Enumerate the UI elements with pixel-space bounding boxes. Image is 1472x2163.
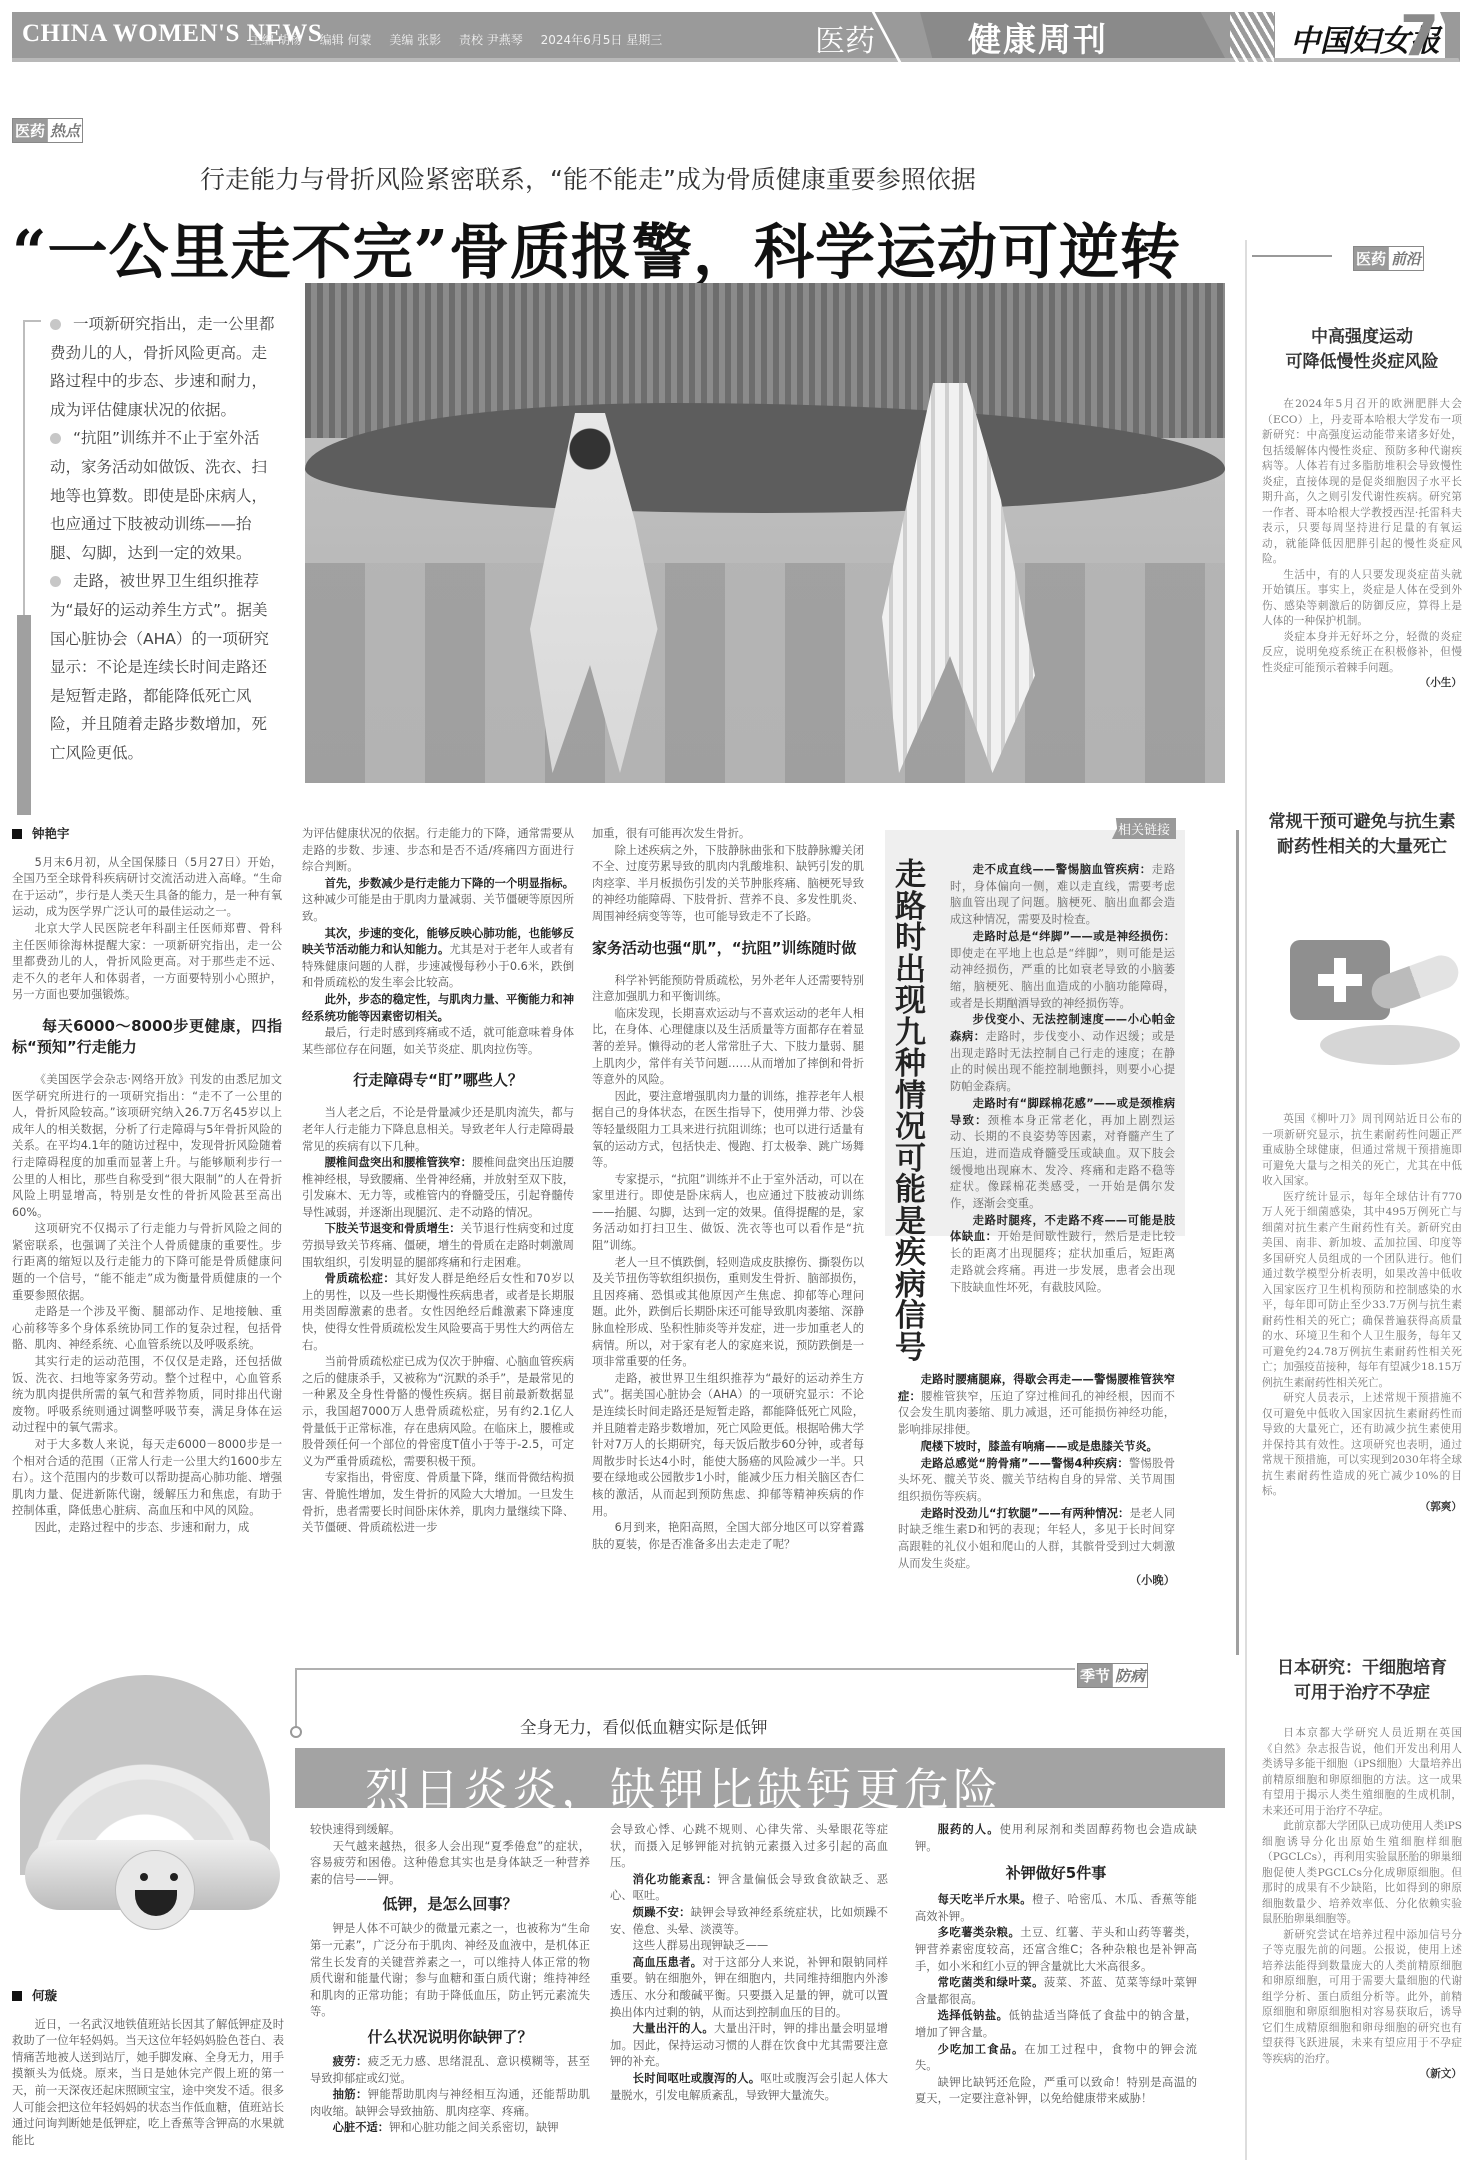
brief-article-2: 常规干预可避免与抗生素耐药性相关的大量死亡 (1262, 810, 1462, 860)
walking-illustration (305, 283, 1225, 783)
bullet-icon (50, 319, 61, 330)
lower-column-1: 较快速得到缓解。 天气越来越热，很多人会出现“夏季倦怠”的症状，容易疲劳和困倦。… (310, 1822, 590, 2137)
bullet-icon (50, 433, 61, 444)
right-tag-rule (1252, 255, 1332, 257)
related-link-items-lower: 走路时腰痛腿麻，得歇会再走——警惕腰椎管狭窄症：腰椎管狭窄，压迫了穿过椎间孔的神… (898, 1372, 1175, 1589)
brief-article-1: 中高强度运动可降低慢性炎症风险 在2024年5月召开的欧洲肥胖大会（ECO）上，… (1262, 325, 1462, 692)
main-headline: “一公里走不完”骨质报警，科学运动可逆转 (12, 205, 1181, 291)
issue-date: 2024年6月5日 星期三 (541, 33, 663, 47)
related-link-tag: 相关链接 (1112, 818, 1176, 839)
lower-column-2: 会导致心悸、心跳不规则、心律失常、头晕眼花等症状，而摄入足够钾能对抗钠元素摄入过… (610, 1822, 888, 2104)
credit-art-editor: 美编 张影 (389, 33, 441, 47)
summary-bracket-line (23, 320, 25, 625)
editorial-credits: 主编 胡杨 编辑 何蒙 美编 张影 责校 尹燕琴 2024年6月5日 星期三 (250, 31, 676, 48)
section-heading: 行走障碍专“盯”哪些人？ (302, 1070, 574, 1091)
warning-item: 走路时有“脚踩棉花感”——或是颈椎病导致：颈椎本身正常老化，再加上剧烈运动、长期… (950, 1096, 1175, 1213)
credit-editor: 编辑 何蒙 (320, 33, 372, 47)
section-tag-seasonal: 季节防病 (1077, 1663, 1148, 1688)
lower-section-vline (295, 1668, 297, 1728)
related-link-items: 走不成直线——警惕脑血管疾病：走路时，身体偏向一侧，难以走直线，需要考虑脑血管出… (950, 862, 1175, 1296)
warning-item: 走路时腰痛腿麻，得歇会再走——警惕腰椎管狭窄症：腰椎管狭窄，压迫了穿过椎间孔的神… (898, 1372, 1175, 1439)
credit-proofreader: 责校 尹燕琴 (459, 33, 523, 47)
section-heading: 低钾，是怎么回事？ (310, 1894, 590, 1915)
lower-section-rule (295, 1668, 1075, 1670)
lower-headline: 烈日炎炎，缺钾比缺钙更危险 (365, 1753, 1002, 1818)
section-tag-frontier: 医药前沿 (1353, 246, 1424, 271)
author-byline: 何璇 (12, 1988, 284, 2005)
article-column-3: 加重，很有可能再次发生骨折。 除上述疾病之外，下肢静脉曲张和下肢静脉瓣关闭不全、… (592, 826, 864, 1553)
section-tag-hot: 医药热点 (12, 118, 83, 143)
summary-point: 一项新研究指出，走一公里都费劲儿的人，骨折风险更高。走路过程中的步态、步速和耐力… (50, 310, 278, 424)
section-heading: 每天6000～8000步更健康，四指标“预知”行走能力 (12, 1016, 282, 1058)
brief-title: 中高强度运动可降低慢性炎症风险 (1262, 325, 1462, 375)
brief-title: 常规干预可避免与抗生素耐药性相关的大量死亡 (1262, 810, 1462, 860)
section-heading: 什么状况说明你缺钾了？ (310, 2027, 590, 2048)
lower-column-0: 何璇 近日，一名武汉地铁值班站长因其了解低钾症及时救助了一位年轻妈妈。当天这位年… (12, 1988, 284, 2149)
author-byline: 钟艳宇 (12, 826, 282, 843)
warning-item: 步伐变小、无法控制速度——小心帕金森病：走路时，步伐变小、动作迟缓；或是出现走路… (950, 1012, 1175, 1096)
credit-chief-editor: 主编 胡杨 (250, 33, 302, 47)
section-name: 医药 (815, 16, 875, 60)
article-column-1: 钟艳宇 5月末6月初，从全国保膝日（5月27日）开始，全国乃至全球骨科疾病研讨交… (12, 826, 282, 1537)
brief-title: 日本研究：干细胞培育可用于治疗不孕症 (1262, 1656, 1462, 1706)
lower-column-3: 服药的人。使用利尿剂和类固醇药物也会造成缺钾。 补钾做好5件事 每天吃半斤水果。… (915, 1822, 1197, 2108)
signature: （新文） (1262, 2067, 1462, 2083)
right-column-divider (1245, 240, 1247, 2160)
summary-point: “抗阻”训练并不止于室外活动，家务活动如做饭、洗衣、扫地等也算数。即使是卧床病人… (50, 424, 278, 567)
signature: （小晚） (898, 1572, 1175, 1589)
main-subhead: 行走能力与骨折风险紧密联系，“能不能走”成为骨质健康重要参照依据 (200, 160, 976, 196)
warning-item: 走路时没劲儿“打软腿”——有两种情况：是老人同时缺乏维生素D和钙的表现；年轻人，… (898, 1506, 1175, 1573)
warning-item: 爬楼下坡时，膝盖有响痛——或是患膝关节炎。 (898, 1439, 1175, 1456)
brief-article-2-body: 英国《柳叶刀》周刊网站近日公布的一项新研究显示，抗生素耐药性问题正严重威胁全球健… (1262, 1112, 1462, 1515)
page-number: 7 (1400, 4, 1439, 69)
signature: （郭爽） (1262, 1500, 1462, 1516)
illustration-pavement (305, 563, 1225, 783)
brief-article-3: 日本研究：干细胞培育可用于治疗不孕症 日本京都大学研究人员近期在英国《自然》杂志… (1262, 1656, 1462, 2083)
warning-item: 走不成直线——警惕脑血管疾病：走路时，身体偏向一侧，难以走直线，需要考虑脑血管出… (950, 862, 1175, 929)
bullet-icon (50, 576, 61, 587)
warning-item: 走路时腿疼，不走路不疼——可能是肢体缺血：开始是间歇性跛行，然后是走比较长的距离… (950, 1213, 1175, 1297)
medical-kit-image (1260, 905, 1460, 1075)
article-column-2: 为评估健康状况的依据。行走能力的下降，通常需要从走路的步数、步速、步态和是否不适… (302, 826, 574, 1537)
lower-subhead: 全身无力，看似低血糖实际是低钾 (520, 1714, 768, 1738)
summary-point: 走路，被世界卫生组织推荐为“最好的运动养生方式”。据美国心脏协会（AHA）的一项… (50, 567, 278, 767)
summary-bracket-tick (23, 320, 41, 322)
related-link-vertical-title: 走路时出现九种情况可能是疾病信号 (895, 860, 935, 1364)
signature: （小生） (1262, 676, 1462, 692)
summary-bar (17, 615, 31, 815)
fruit-illustration (10, 1665, 290, 1955)
ring-decoration (290, 1726, 302, 1738)
warning-item: 走路时总是“绊脚”——或是神经损伤：即使走在平地上也总是“绊脚”，则可能是运动神… (950, 929, 1175, 1013)
summary-box: 一项新研究指出，走一公里都费劲儿的人，骨折风险更高。走路过程中的步态、步速和耐力… (50, 310, 278, 768)
warning-item: 走路总感觉“胯骨痛”——警惕4种疾病：警惕股骨头坏死、髋关节炎、髋关节结构自身的… (898, 1456, 1175, 1506)
section-heading: 补钾做好5件事 (915, 1863, 1197, 1884)
column-rule (1236, 830, 1239, 1655)
section-heading: 家务活动也强“肌”，“抗阻”训练随时做 (592, 938, 864, 959)
weekly-title: 健康周刊 (968, 14, 1108, 61)
stripes-decoration (1230, 12, 1274, 62)
